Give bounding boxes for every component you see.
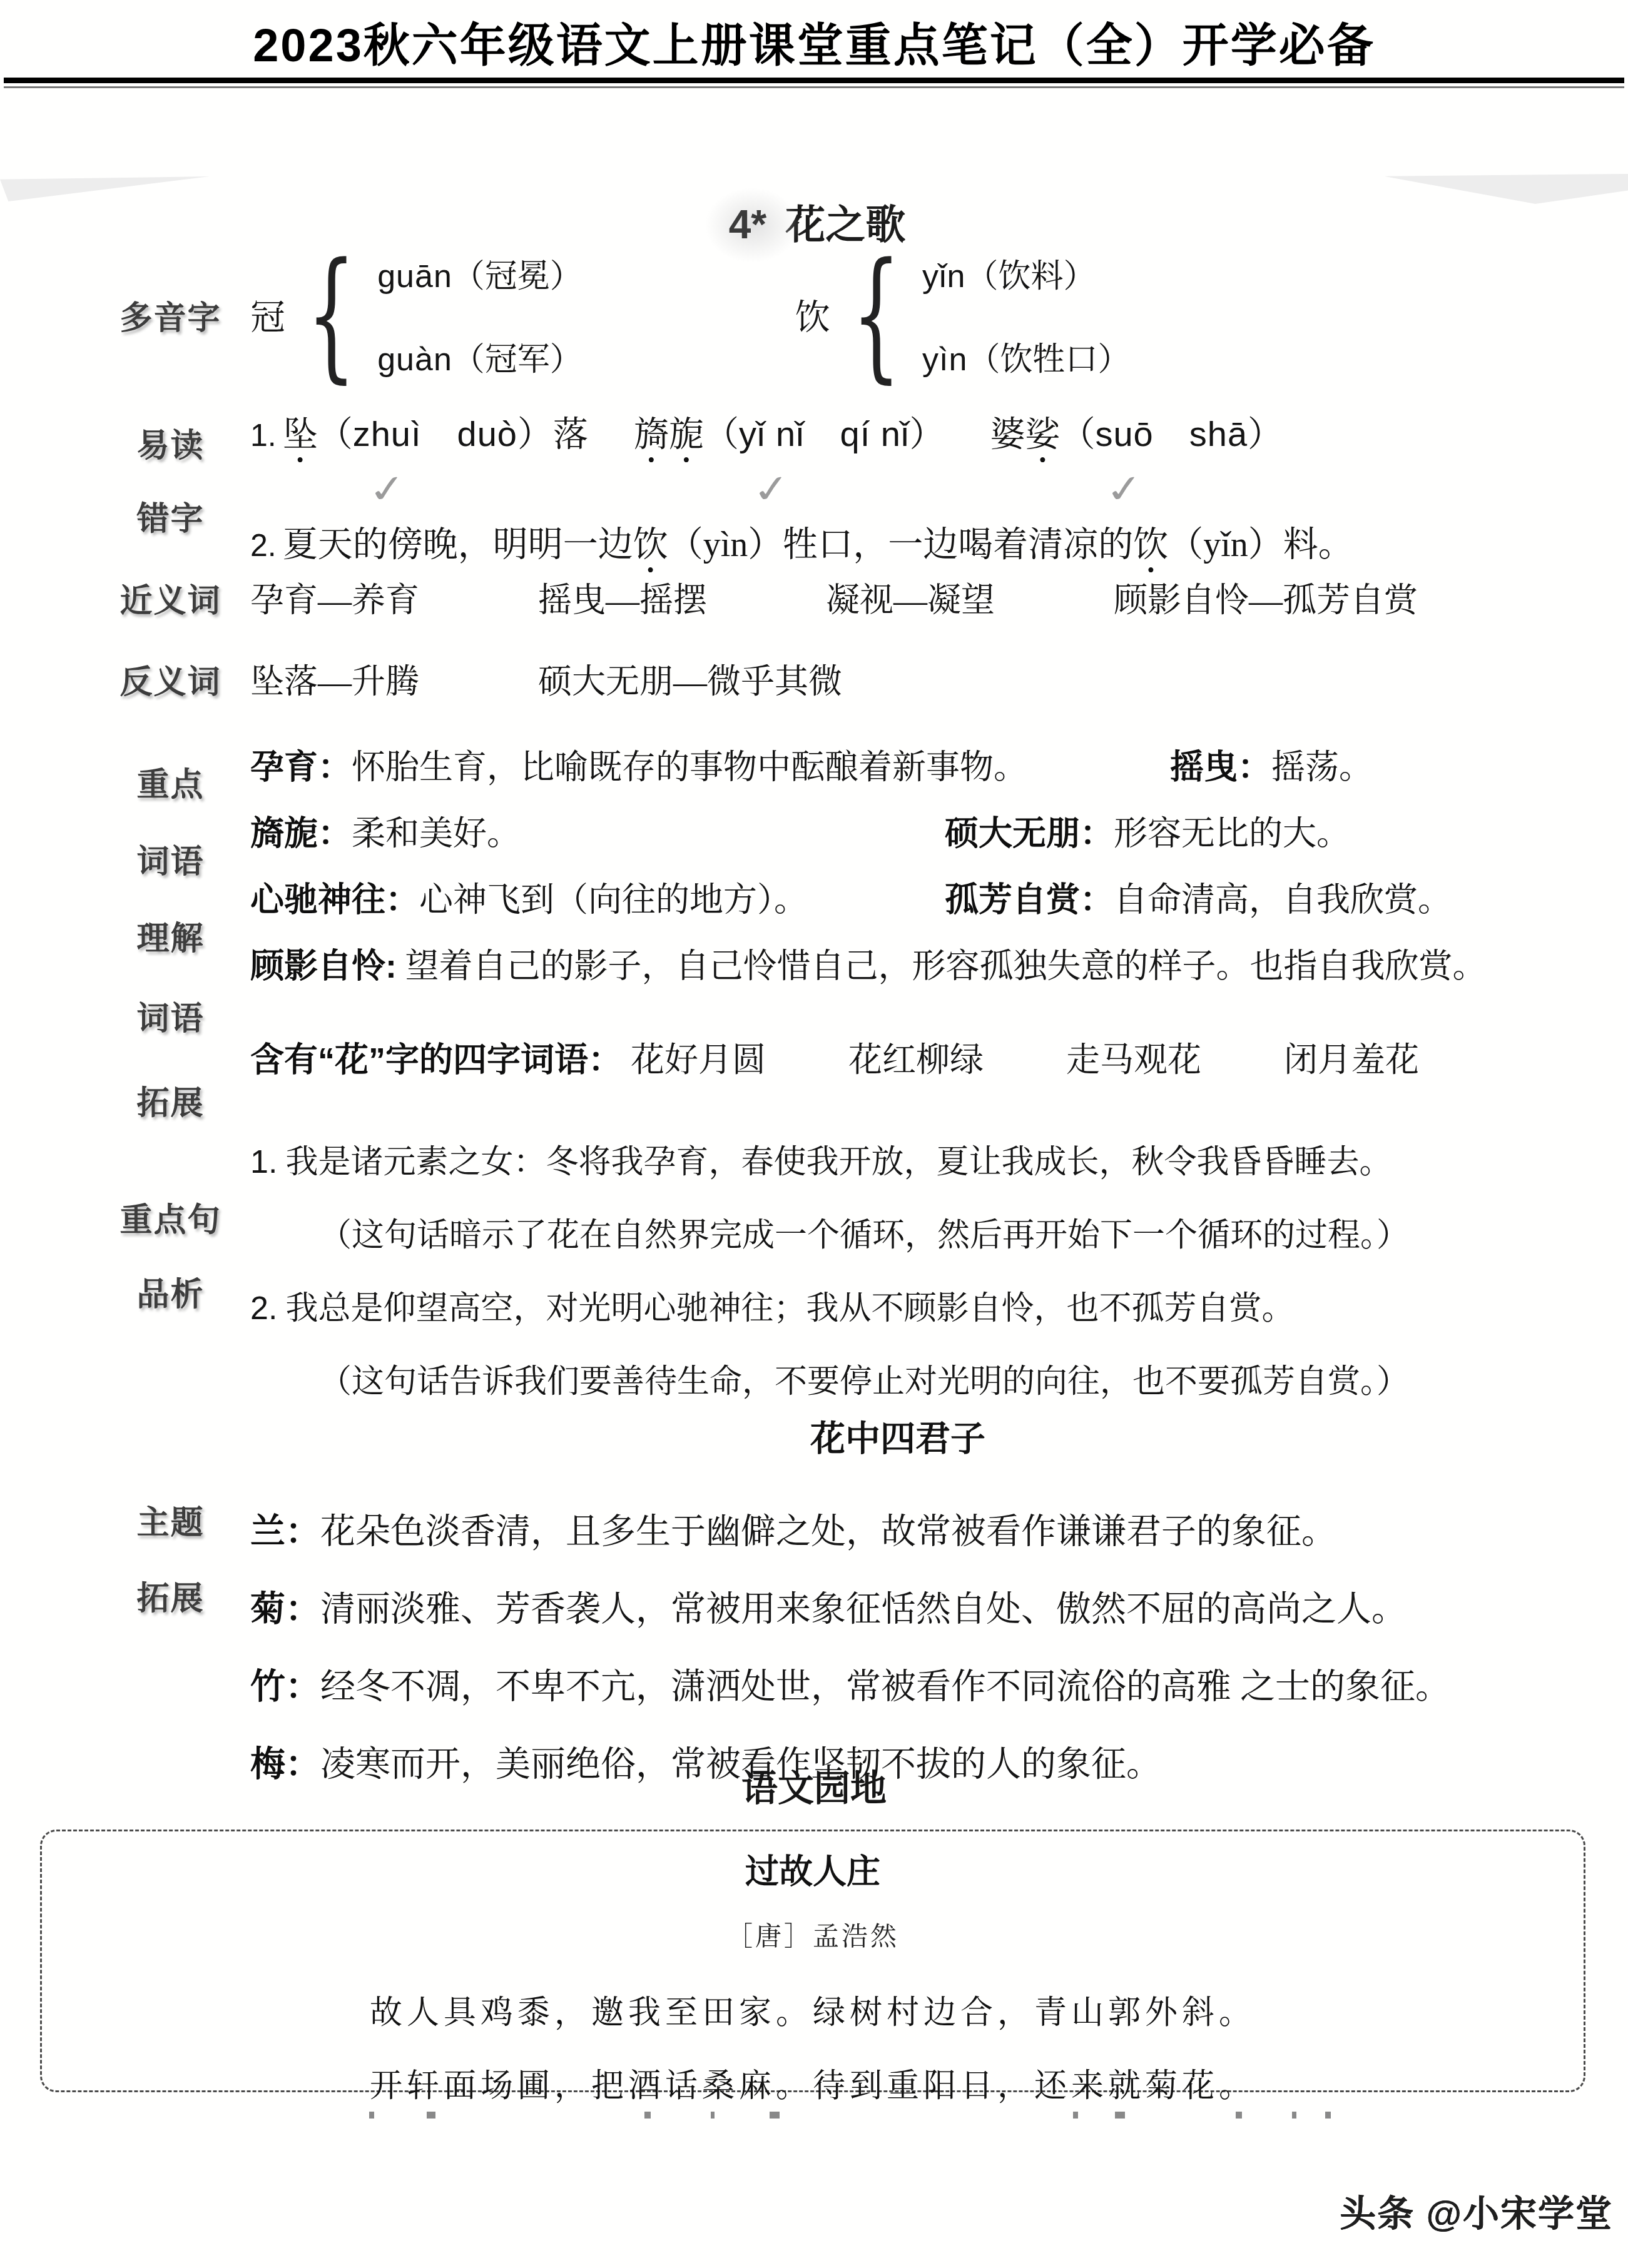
flower-entry: 菊：清丽淡雅、芳香袭人，常被用来象征恬然自处、傲然不屈的高尚之人。 xyxy=(250,1581,1545,1631)
emphasis-dot-icon: • xyxy=(297,450,304,472)
check-icon: ✓ xyxy=(365,468,409,510)
idiom: 闭月羞花 xyxy=(1284,1033,1419,1081)
pronunciation-option: guàn（冠军） xyxy=(377,333,583,380)
yidu-item-2: 2.夏天的傍晚，明明一边饮•（yìn）牲口，一边喝着清凉的饮•（yǐn）料。 xyxy=(250,517,1545,567)
jinyici-content: 孕育—养育 摇曳—摇摆 凝视—凝望 顾影自怜—孤芳自赏 xyxy=(250,570,1545,624)
synonym-pair: 凝视—凝望 xyxy=(826,574,995,622)
definition-row: 顾影自怜: 望着自己的影子，自己怜惜自己，形容孤独失意的样子。也指自我欣赏。 xyxy=(250,939,1545,978)
zhuti-tuozhan-content: 花中四君子 兰：花朵色淡香清，且多生于幽僻之处，故常被看作谦谦君子的象征。 菊：… xyxy=(250,1401,1545,1714)
section-jinyici: 近义词 孕育—养育 摇曳—摇摆 凝视—凝望 顾影自怜—孤芳自赏 xyxy=(0,570,1628,624)
header-divider-thin xyxy=(4,86,1624,88)
flower-entry: 兰：花朵色淡香清，且多生于幽僻之处，故常被看作谦谦君子的象征。 xyxy=(250,1504,1545,1554)
poem-line: 开轩面场圃，把酒话桑麻。待到重阳日，还来就菊花。 xyxy=(42,2059,1584,2106)
antonym-pair: 坠落—升腾 xyxy=(250,655,419,703)
sentence-note: （这句话告诉我们要善待生命，不要停止对光明的向往，也不要孤芳自赏。） xyxy=(319,1355,1545,1402)
ciyu-tuozhan-content: 含有“花”字的四字词语： 花好月圆 花红柳绿 走马观花 闭月羞花 xyxy=(250,1000,1545,1115)
section-yidu-cuozi: 易读 错字 1.坠•（zhuì✓ duò）落旖•旎•（yǐ nǐ✓ qí nǐ）… xyxy=(0,399,1628,559)
polyphone-char: 饮 xyxy=(795,290,830,340)
zhongdianju-content: 1. 我是诸元素之女：冬将我孕育，春使我开放，夏让我成长，秋令我昏昏睡去。 （这… xyxy=(250,1129,1545,1379)
pronunciation-option: yǐn（饮料） xyxy=(922,250,1130,296)
duoyinzi-content: 冠 { guān（冠冕） guàn（冠军） 饮 { yǐn（饮料） yìn（饮牲… xyxy=(250,240,1545,390)
yuwen-yuandi-title: 语文园地 xyxy=(0,1759,1628,1811)
section-label-ciyu-tuozhan: 词语 拓展 xyxy=(94,1000,247,1115)
definition-row: 心驰神往：心神飞到（向往的地方）。 孤芳自赏：自命清高，自我欣赏。 xyxy=(250,873,1545,912)
watermark: 头条 @小宋学堂 xyxy=(1288,2184,1613,2237)
flower-entry: 竹：经冬不凋，不卑不亢，潇洒处世，常被看作不同流俗的高雅 之士的象征。 xyxy=(250,1659,1545,1709)
section-ciyu-tuozhan: 词语 拓展 含有“花”字的四字词语： 花好月圆 花红柳绿 走马观花 闭月羞花 xyxy=(0,1000,1628,1115)
cropped-line-remnant xyxy=(269,2109,1364,2120)
idiom: 花好月圆 xyxy=(631,1033,766,1081)
header-divider-thick xyxy=(4,78,1624,83)
section-label-jinyici: 近义词 xyxy=(94,570,247,624)
fanyici-content: 坠落—升腾 硕大无朋—微乎其微 xyxy=(250,652,1545,706)
definition-row: 旖旎：柔和美好。 硕大无朋：形容无比的大。 xyxy=(250,807,1545,846)
pronunciation-option: yìn（饮牲口） xyxy=(922,333,1130,380)
duoyinzi-group-yin: 饮 { yǐn（饮料） yìn（饮牲口） xyxy=(795,245,1131,385)
emphasis-dot-icon: • xyxy=(1039,450,1047,472)
poem-author: ［唐］孟浩然 xyxy=(42,1916,1584,1953)
duoyinzi-group-guan: 冠 { guān（冠冕） guàn（冠军） xyxy=(250,245,583,385)
section-label-fanyici: 反义词 xyxy=(94,652,247,706)
brace-icon: { xyxy=(307,245,356,385)
yidu-item-1: 1.坠•（zhuì✓ duò）落旖•旎•（yǐ nǐ✓ qí nǐ）婆娑•（su… xyxy=(250,407,1545,457)
synonym-pair: 摇曳—摇摆 xyxy=(538,574,707,622)
brace-icon: { xyxy=(852,245,901,385)
antonym-pair: 硕大无朋—微乎其微 xyxy=(538,655,842,703)
section-label-duoyinzi: 多音字 xyxy=(94,240,247,390)
section-zhongdianju: 重点句 品析 1. 我是诸元素之女：冬将我孕育，春使我开放，夏让我成长，秋令我昏… xyxy=(0,1129,1628,1379)
pronunciation-option: guān（冠冕） xyxy=(377,250,583,296)
sentence-note: （这句话暗示了花在自然界完成一个循环，然后再开始下一个循环的过程。） xyxy=(319,1208,1545,1255)
idiom: 走马观花 xyxy=(1066,1033,1201,1081)
expansion-head: 含有“花”字的四字词语： xyxy=(250,1033,622,1081)
section-zhuti-tuozhan: 主题 拓展 花中四君子 兰：花朵色淡香清，且多生于幽僻之处，故常被看作谦谦君子的… xyxy=(0,1401,1628,1714)
section-label-zhongdianju: 重点句 品析 xyxy=(94,1129,247,1379)
definition-row: 孕育：怀胎生育，比喻既存的事物中酝酿着新事物。 摇曳：摇荡。 xyxy=(250,741,1545,779)
idiom: 花红柳绿 xyxy=(848,1033,984,1081)
section-duoyinzi: 多音字 冠 { guān（冠冕） guàn（冠军） 饮 { yǐn（饮料） xyxy=(0,240,1628,390)
key-sentence: 2. 我总是仰望高空，对光明心驰神往；我从不顾影自怜，也不孤芳自赏。 xyxy=(250,1282,1545,1329)
section-label-zhongdian-ciyu: 重点 词语 理解 xyxy=(94,733,247,983)
emphasis-dot-icon: • xyxy=(648,450,655,472)
poem-title: 过故人庄 xyxy=(42,1845,1584,1893)
yidu-content: 1.坠•（zhuì✓ duò）落旖•旎•（yǐ nǐ✓ qí nǐ）婆娑•（su… xyxy=(250,399,1545,559)
section-label-zhuti-tuozhan: 主题 拓展 xyxy=(94,1401,247,1714)
section-fanyici: 反义词 坠落—升腾 硕大无朋—微乎其微 xyxy=(0,652,1628,706)
four-gentlemen-title: 花中四君子 xyxy=(250,1411,1545,1461)
synonym-pair: 孕育—养育 xyxy=(250,574,419,622)
notes-page: 2023秋六年级语文上册课堂重点笔记（全）开学必备 4*花之歌 多音字 冠 { … xyxy=(0,0,1628,2268)
section-label-yidu-cuozi: 易读 错字 xyxy=(94,399,247,559)
check-icon: ✓ xyxy=(750,468,793,510)
section-zhongdian-ciyu: 重点 词语 理解 孕育：怀胎生育，比喻既存的事物中酝酿着新事物。 摇曳：摇荡。 … xyxy=(0,733,1628,983)
zhongdian-ciyu-content: 孕育：怀胎生育，比喻既存的事物中酝酿着新事物。 摇曳：摇荡。 旖旎：柔和美好。 … xyxy=(250,733,1545,983)
lesson-number: 4* xyxy=(723,201,773,248)
poem-line: 故人具鸡黍，邀我至田家。绿树村边合，青山郭外斜。 xyxy=(42,1986,1584,2033)
emphasis-dot-icon: • xyxy=(683,450,690,472)
page-header-title: 2023秋六年级语文上册课堂重点笔记（全）开学必备 xyxy=(0,9,1628,75)
header-divider xyxy=(4,78,1624,88)
check-icon: ✓ xyxy=(1103,468,1146,510)
polyphone-char: 冠 xyxy=(250,290,285,340)
synonym-pair: 顾影自怜—孤芳自赏 xyxy=(1114,574,1418,622)
key-sentence: 1. 我是诸元素之女：冬将我孕育，春使我开放，夏让我成长，秋令我昏昏睡去。 xyxy=(250,1135,1545,1182)
poem-box: 过故人庄 ［唐］孟浩然 故人具鸡黍，邀我至田家。绿树村边合，青山郭外斜。 开轩面… xyxy=(40,1830,1585,2092)
